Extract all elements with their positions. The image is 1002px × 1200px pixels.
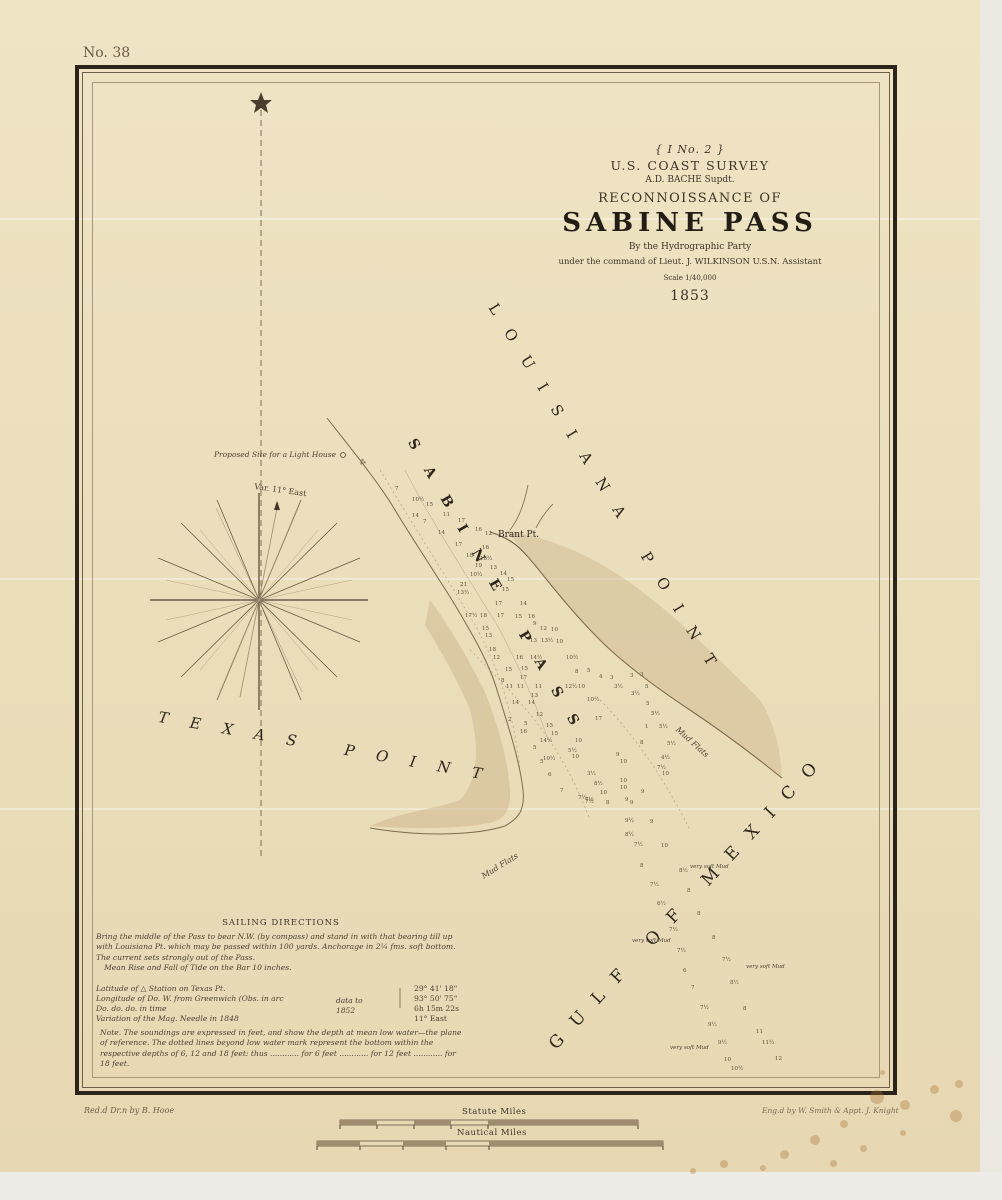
- sounding-depth: 14½: [540, 738, 552, 744]
- map-scale: Scale 1/40,000: [540, 274, 840, 282]
- sounding-depth: 14: [500, 571, 507, 577]
- sounding-depth: 13: [530, 638, 537, 644]
- sounding-depth: 8: [640, 863, 644, 869]
- nautical-miles-scale-bar: [317, 1141, 663, 1150]
- sounding-depth: 6: [683, 968, 687, 974]
- sounding-depth: 13: [490, 565, 497, 571]
- coord-value: 6h 15m 22s: [414, 1004, 459, 1015]
- sounding-depth: 4: [599, 674, 603, 680]
- coord-label: Variation of the Mag. Needle in 1848: [96, 1014, 239, 1023]
- sounding-depth: 13: [485, 633, 492, 639]
- sounding-depth: 10: [620, 785, 627, 791]
- bracket-note: data to 1852: [336, 996, 376, 1016]
- sounding-depth: 10½: [731, 1066, 743, 1072]
- sounding-depth: 11: [756, 1029, 763, 1035]
- sounding-depth: 11: [535, 684, 542, 690]
- sounding-depth: 8: [575, 669, 579, 675]
- sounding-depth: 5: [533, 745, 537, 751]
- sounding-depth: 17: [458, 518, 465, 524]
- sailing-text: Bring the middle of the Pass to bear N.W…: [96, 932, 466, 964]
- coord-row: Longitude of Do. W. from Greenwich (Obs.…: [96, 994, 466, 1005]
- sounding-depth: 8½: [730, 980, 739, 986]
- sounding-depth: 5: [524, 721, 528, 727]
- survey-command: under the command of Lieut. J. WILKINSON…: [540, 257, 840, 267]
- coord-value: 29° 41' 18": [414, 984, 457, 995]
- lighthouse-site-icon: [341, 453, 346, 458]
- coord-row: Latitude of △ Station on Texas Pt. 29° 4…: [96, 984, 466, 995]
- sounding-depth: 8½: [594, 781, 603, 787]
- sounding-depth: 12: [493, 655, 500, 661]
- engraved-by-credit: Eng.d by W. Smith & Appt. J. Knight: [762, 1106, 899, 1115]
- sounding-depth: 17: [497, 613, 504, 619]
- stain-spot: [950, 1110, 962, 1122]
- sounding-depth: 7: [395, 486, 399, 492]
- sounding-depth: 17: [495, 601, 502, 607]
- sounding-depth: 10½: [470, 572, 482, 578]
- sounding-depth: 10: [556, 639, 563, 645]
- sounding-depth: 5: [587, 668, 591, 674]
- stain-spot: [780, 1150, 789, 1159]
- sounding-depth: 10: [600, 790, 607, 796]
- sounding-depth: 14: [528, 700, 535, 706]
- stain-spot: [760, 1165, 766, 1171]
- sounding-depth: 16: [528, 614, 535, 620]
- stain-spot: [880, 1070, 885, 1075]
- coord-label: Longitude of Do. W. from Greenwich (Obs.…: [96, 994, 284, 1003]
- sounding-depth: 8: [640, 740, 644, 746]
- stain-spot: [810, 1135, 820, 1145]
- sounding-depth: 8: [606, 800, 610, 806]
- sounding-depth: 12: [540, 626, 547, 632]
- star-icon: [250, 92, 272, 113]
- sounding-depth: 11: [517, 684, 524, 690]
- sounding-depth: 15: [482, 626, 489, 632]
- soundings-note: Note. The soundings are expressed in fee…: [96, 1028, 466, 1070]
- sounding-depth: 12: [775, 1056, 782, 1062]
- sounding-depth: 2: [508, 717, 512, 723]
- stain-spot: [900, 1130, 906, 1136]
- sounding-depth: 13½: [541, 638, 553, 644]
- sounding-depth: 9: [533, 621, 537, 627]
- sounding-depth: 11½: [762, 1040, 774, 1046]
- sounding-depth: 1: [645, 724, 649, 730]
- coord-value: 11° East: [414, 1014, 447, 1025]
- sounding-depth: 8: [743, 1006, 747, 1012]
- sheet-reference: { I No. 2 }: [540, 143, 840, 156]
- sounding-depth: 14: [520, 601, 527, 607]
- stain-spot: [870, 1090, 884, 1104]
- sounding-depth: 6: [548, 772, 552, 778]
- sounding-depth: 17: [455, 542, 462, 548]
- sounding-depth: 16: [520, 729, 527, 735]
- sounding-depth: 8: [687, 888, 691, 894]
- sounding-depth: 5: [646, 701, 650, 707]
- label-very-soft-mud: very soft Mud: [670, 1045, 709, 1051]
- sounding-depth: 12: [536, 712, 543, 718]
- coord-label: Latitude of △ Station on Texas Pt.: [96, 984, 226, 993]
- sounding-depth: 5½: [667, 741, 676, 747]
- sounding-depth: 8½: [625, 832, 634, 838]
- sounding-depth: 9½: [625, 818, 634, 824]
- coord-label: Do. do. do. in time: [96, 1004, 167, 1013]
- stain-spot: [955, 1080, 963, 1088]
- label-brant-point: Brant Pt.: [498, 530, 539, 540]
- sounding-depth: 18: [480, 613, 487, 619]
- sounding-depth: 18: [489, 647, 496, 653]
- map-subtitle: RECONNOISSANCE OF: [540, 191, 840, 206]
- sounding-depth: 21: [460, 582, 467, 588]
- sounding-depth: 9½: [708, 1022, 717, 1028]
- sounding-depth: 5: [540, 759, 544, 765]
- sounding-depth: 9½: [718, 1040, 727, 1046]
- svg-text:⁂: ⁂: [358, 456, 367, 467]
- sounding-depth: 9: [641, 789, 645, 795]
- sounding-depth: 8: [712, 935, 716, 941]
- label-very-soft-mud: very soft Mud: [632, 938, 671, 944]
- sounding-depth: 7: [691, 985, 695, 991]
- sounding-depth: 8: [697, 911, 701, 917]
- sounding-depth: 9: [616, 752, 620, 758]
- sounding-depth: 11: [443, 512, 450, 518]
- sounding-depth: 3½: [614, 684, 623, 690]
- sounding-depth: 19: [475, 563, 482, 569]
- sounding-depth: 9: [625, 797, 629, 803]
- sounding-depth: 18: [466, 553, 473, 559]
- sounding-depth: 10: [575, 738, 582, 744]
- stain-spot: [690, 1168, 696, 1174]
- sounding-depth: 10: [662, 771, 669, 777]
- coord-row: Variation of the Mag. Needle in 1848 11°…: [96, 1014, 466, 1025]
- sounding-depth: 3: [640, 672, 644, 678]
- sounding-depth: 10: [578, 684, 585, 690]
- sounding-depth: 10½: [587, 697, 599, 703]
- coordinates-table: Latitude of △ Station on Texas Pt. 29° 4…: [96, 984, 466, 1028]
- sounding-depth: 10½: [566, 655, 578, 661]
- sounding-depth: 10: [620, 759, 627, 765]
- map-year: 1853: [540, 288, 840, 304]
- sounding-depth: 15: [426, 502, 433, 508]
- sounding-depth: 16: [482, 545, 489, 551]
- sailing-heading: SAILING DIRECTIONS: [96, 918, 466, 929]
- sounding-depth: 14: [412, 513, 419, 519]
- sounding-depth: 5: [645, 684, 649, 690]
- magnetic-north-arrow-icon: [274, 501, 280, 510]
- sounding-depth: 7½: [650, 882, 659, 888]
- sounding-depth: 7½: [578, 795, 587, 801]
- label-very-soft-mud: very soft Mud: [690, 864, 729, 870]
- sounding-depth: 15: [507, 577, 514, 583]
- stain-spot: [720, 1160, 728, 1168]
- sounding-depth: 17: [595, 716, 602, 722]
- agency-name: U.S. COAST SURVEY: [540, 158, 840, 173]
- sounding-depth: 10: [661, 843, 668, 849]
- sounding-depth: 10: [620, 778, 627, 784]
- sounding-depth: 15: [551, 731, 558, 737]
- sounding-depth: 5½: [659, 724, 668, 730]
- title-block: { I No. 2 } U.S. COAST SURVEY A.D. BACHE…: [540, 143, 840, 304]
- tide-note: Mean Rise and Fall of Tide on the Bar 10…: [96, 963, 466, 974]
- sailing-directions: SAILING DIRECTIONS Bring the middle of t…: [96, 918, 466, 1070]
- drawn-by-credit: Red.d Dr.n by B. Hooe: [84, 1106, 174, 1115]
- sounding-depth: 3½: [631, 691, 640, 697]
- coord-value: 93° 50' 75": [414, 994, 457, 1005]
- sounding-depth: 5½: [651, 711, 660, 717]
- sounding-depth: 15: [515, 614, 522, 620]
- sounding-depth: 13½: [457, 590, 469, 596]
- sounding-depth: 9: [650, 819, 654, 825]
- sounding-depth: 10½: [412, 497, 424, 503]
- sounding-depth: 7½: [634, 842, 643, 848]
- nautical-miles-label: Nautical Miles: [457, 1128, 527, 1138]
- sounding-depth: 16½: [480, 556, 492, 562]
- sounding-depth: 16: [516, 655, 523, 661]
- sounding-depth: 16: [475, 527, 482, 533]
- sounding-depth: 13: [531, 693, 538, 699]
- sounding-depth: 14: [438, 530, 445, 536]
- sounding-depth: 12: [485, 531, 492, 537]
- stain-spot: [860, 1145, 867, 1152]
- sounding-depth: 17: [520, 675, 527, 681]
- coord-row: Do. do. do. in time 6h 15m 22s: [96, 1004, 466, 1015]
- sounding-depth: 9: [630, 800, 634, 806]
- sounding-depth: 15: [546, 723, 553, 729]
- sounding-depth: 15: [502, 587, 509, 593]
- stain-spot: [840, 1120, 848, 1128]
- sounding-depth: 10½: [543, 756, 555, 762]
- survey-party: By the Hydrographic Party: [540, 242, 840, 252]
- sounding-depth: 7½: [677, 948, 686, 954]
- compass-rose-icon: [150, 493, 368, 710]
- sounding-depth: 4½: [661, 755, 670, 761]
- sounding-depth: 3: [610, 675, 614, 681]
- statute-miles-label: Statute Miles: [462, 1107, 526, 1117]
- sounding-depth: 11: [506, 684, 513, 690]
- sounding-depth: 10: [724, 1057, 731, 1063]
- label-proposed-lighthouse: Proposed Site for a Light House: [214, 450, 336, 459]
- sounding-depth: 6½: [657, 901, 666, 907]
- sounding-depth: 8: [501, 678, 505, 684]
- sounding-depth: 7½: [700, 1005, 709, 1011]
- sounding-depth: 15: [521, 666, 528, 672]
- sounding-depth: 8½: [679, 868, 688, 874]
- sounding-depth: 17½: [465, 613, 477, 619]
- sounding-depth: 3: [630, 673, 634, 679]
- sounding-depth: 7: [560, 788, 564, 794]
- sounding-depth: 10: [551, 627, 558, 633]
- sounding-depth: 12½: [565, 684, 577, 690]
- sounding-depth: 7½: [669, 927, 678, 933]
- sounding-depth: 14½: [530, 655, 542, 661]
- sounding-depth: 7: [423, 519, 427, 525]
- stain-spot: [930, 1085, 939, 1094]
- sounding-depth: 10: [572, 754, 579, 760]
- stain-spot: [900, 1100, 910, 1110]
- superintendent: A.D. BACHE Supdt.: [540, 175, 840, 185]
- sounding-depth: 7½: [722, 957, 731, 963]
- sounding-depth: 14: [512, 700, 519, 706]
- sounding-depth: 3½: [587, 771, 596, 777]
- label-very-soft-mud: very soft Mud: [746, 964, 785, 970]
- sounding-depth: 15: [505, 667, 512, 673]
- map-title: SABINE PASS: [540, 208, 840, 238]
- stain-spot: [830, 1160, 837, 1167]
